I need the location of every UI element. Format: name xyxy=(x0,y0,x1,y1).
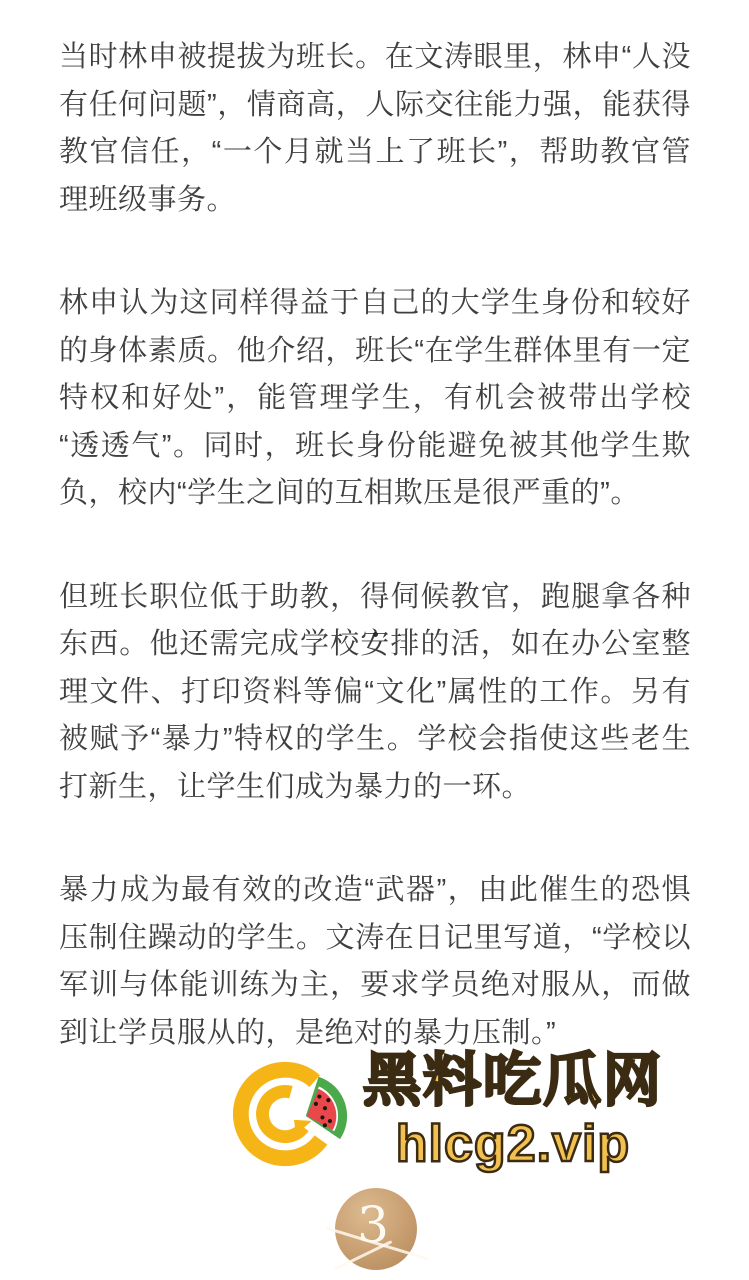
paragraph: 暴力成为最有效的改造“武器”，由此催生的恐惧压制住躁动的学生。文涛在日记里写道，… xyxy=(59,867,691,1057)
paragraph: 但班长职位低于助教，得伺候教官，跑腿拿各种东西。他还需完成学校安排的活，如在办公… xyxy=(59,574,691,812)
paragraph: 当时林申被提拔为班长。在文涛眼里，林申“人没有任何问题”，情商高，人际交往能力强… xyxy=(59,34,691,224)
ink-dot-artifact xyxy=(373,632,378,637)
paragraph: 林申认为这同样得益于自己的大学生身份和较好的身体素质。他介绍，班长“在学生群体里… xyxy=(59,280,691,518)
page-number-badge: 3 xyxy=(335,1188,417,1270)
site-url: hlcg2.vip xyxy=(396,1116,630,1172)
article-page: 当时林申被提拔为班长。在文涛眼里，林申“人没有任何问题”，情商高，人际交往能力强… xyxy=(0,0,749,1280)
article-body: 当时林申被提拔为班长。在文涛眼里，林申“人没有任何问题”，情商高，人际交往能力强… xyxy=(59,34,691,1113)
